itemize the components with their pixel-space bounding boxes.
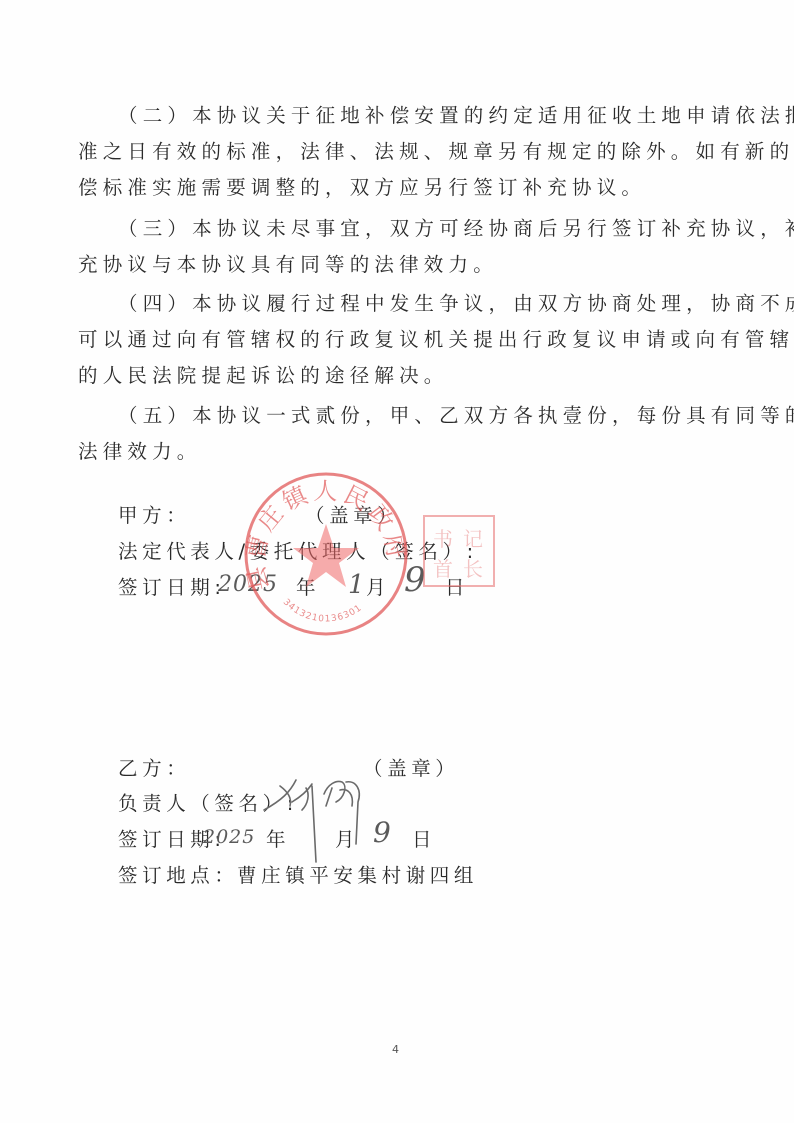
party-a-day-unit: 日 [445,570,469,606]
party-b-year-unit: 年 [266,822,290,858]
party-a-day-handwritten: 9 [404,560,427,600]
clause-3-line-2: 充协议与本协议具有同等的法律效力。 [78,247,728,283]
party-a-year-handwritten: 2025 [218,572,278,597]
party-b-label: 乙方： [118,751,190,787]
svg-text:3413210136301: 3413210136301 [281,597,364,624]
party-b-month-unit: 月 [335,822,359,858]
party-b-place-label: 签订地点： [118,858,239,894]
clause-2-line-1: （二）本协议关于征地补偿安置的约定适用征收土地申请依法批 [118,98,728,134]
party-b-day-unit: 日 [412,822,436,858]
party-b-place-value: 曹庄镇平安集村谢四组 [237,858,478,894]
party-b-day-handwritten: 9 [373,816,392,849]
party-b-rep-label: 负责人（签名）: [118,786,298,822]
party-b-seal-label: （盖章） [363,751,459,787]
clause-4-line-1: （四）本协议履行过程中发生争议，由双方协商处理，协商不成， [118,286,728,322]
clause-4-line-3: 的人民法院提起诉讼的途径解决。 [78,358,728,394]
party-a-year-unit: 年 [296,570,320,606]
clause-4-line-2: 可以通过向有管辖权的行政复议机关提出行政复议申请或向有管辖权 [78,322,728,358]
party-a-label: 甲方： [118,498,190,534]
party-a-month-unit: 月 [366,570,390,606]
party-a-date-label: 签订日期: [118,570,226,606]
party-a-month-handwritten: 1 [348,570,366,600]
page-number: 4 [392,1043,399,1056]
party-b-year-handwritten: 2025 [203,826,255,848]
clause-5-line-2: 法律效力。 [78,434,728,470]
clause-2-line-2: 准之日有效的标准，法律、法规、规章另有规定的除外。如有新的补 [78,134,728,170]
clause-3-line-1: （三）本协议未尽事宜，双方可经协商后另行签订补充协议，补 [118,211,728,247]
document-page: （二）本协议关于征地补偿安置的约定适用征收土地申请依法批 准之日有效的标准，法律… [0,0,794,1123]
party-a-seal-label: （盖章） [305,498,401,534]
clause-2-line-3: 偿标准实施需要调整的，双方应另行签订补充协议。 [78,170,728,206]
clause-5-line-1: （五）本协议一式贰份，甲、乙双方各执壹份，每份具有同等的 [118,398,728,434]
